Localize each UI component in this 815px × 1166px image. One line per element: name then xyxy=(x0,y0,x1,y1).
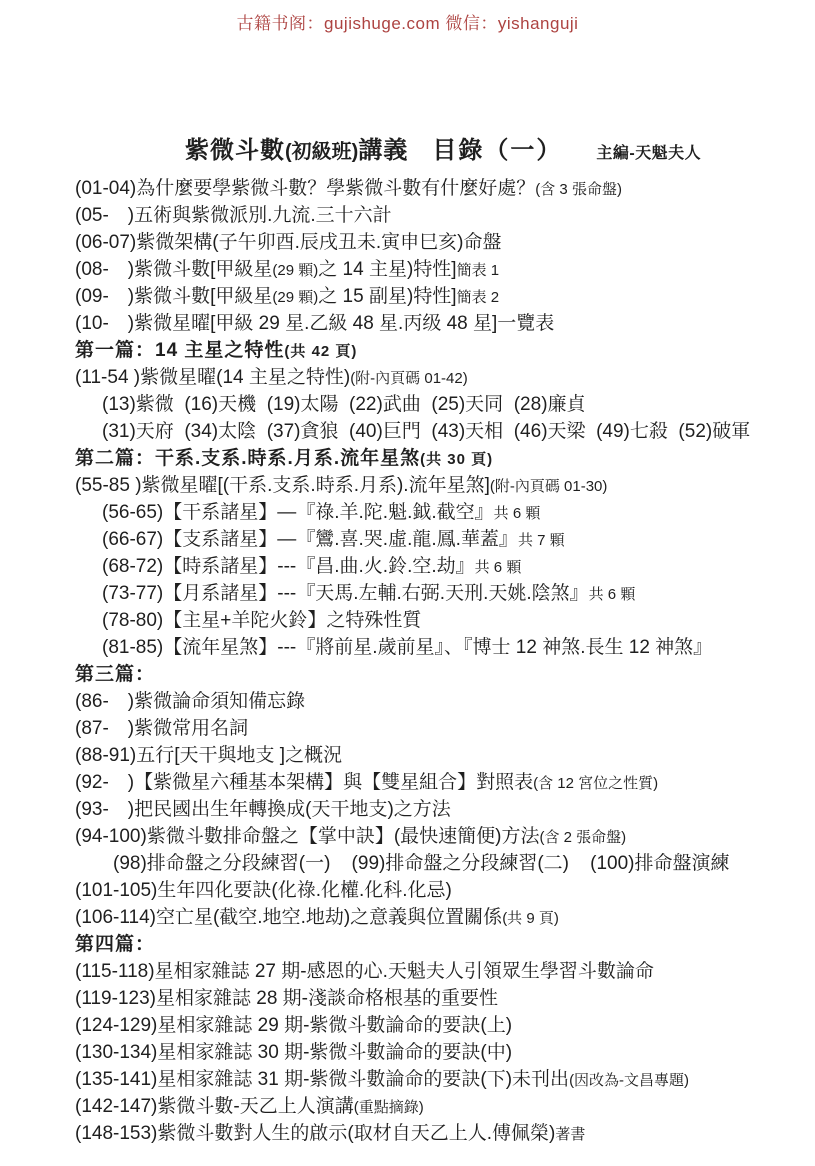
toc-text-segment: 第三篇： xyxy=(75,664,155,685)
toc-text-segment: 之 14 主星)特性] xyxy=(318,259,456,280)
toc-line: (13)紫微 (16)天機 (19)太陽 (22)武曲 (25)天同 (28)廉… xyxy=(75,391,807,418)
toc-text-segment: (92- )【紫微星六種基本架構】與【雙星組合】對照表 xyxy=(75,772,533,793)
toc-line: (09- )紫微斗數[甲級星(29 顆)之 15 副星)特性]簡表 2 xyxy=(75,283,807,310)
toc-text-segment: (09- )紫微斗數[甲級星 xyxy=(75,286,272,307)
toc-text-segment: (31)天府 (34)太陰 (37)貪狼 (40)巨門 (43)天相 (46)天… xyxy=(102,421,750,442)
toc-line: (92- )【紫微星六種基本架構】與【雙星組合】對照表(含 12 宮位之性質) xyxy=(75,769,807,796)
toc-text-segment: (附-內頁碼 01-42) xyxy=(350,370,468,387)
toc-line: (73-77)【月系諸星】---『天馬.左輔.右弼.天刑.天姚.陰煞』共 6 顆 xyxy=(75,580,807,607)
toc-line: (142-147)紫微斗數-天乙上人演講(重點摘錄) xyxy=(75,1093,807,1120)
toc-text-segment: (含 3 張命盤) xyxy=(535,181,622,198)
toc-section-heading: 第三篇： xyxy=(75,661,807,688)
toc-line: (01-04)為什麼要學紫微斗數？學紫微斗數有什麼好處？(含 3 張命盤) xyxy=(75,175,807,202)
toc-line: (78-80)【主星+羊陀火鈴】之特殊性質 xyxy=(75,607,807,634)
toc-text-segment: 之 15 副星)特性] xyxy=(318,286,456,307)
toc-section-heading: 第四篇： xyxy=(75,931,807,958)
toc-text-segment: (含 2 張命盤) xyxy=(539,829,626,846)
toc-text-segment: (68-72)【時系諸星】---『昌.曲.火.鈴.空.劫』 xyxy=(102,556,475,577)
toc-line: (05- )五術與紫微派別.九流.三十六計 xyxy=(75,202,807,229)
toc-line: (106-114)空亡星(截空.地空.地劫)之意義與位置關係(共 9 頁) xyxy=(75,904,807,931)
toc-text-segment: 共 7 顆 xyxy=(518,532,565,549)
toc-text-segment: (29 顆) xyxy=(272,289,318,306)
toc-text-segment: (因改為-文昌專題) xyxy=(569,1072,689,1089)
toc-text-segment: (88-91)五行[天干與地支 ]之概況 xyxy=(75,745,342,766)
toc-line: (10- )紫微星曜[甲級 29 星.乙級 48 星.丙级 48 星]一覽表 xyxy=(75,310,807,337)
toc-text-segment: (共 30 頁) xyxy=(420,451,493,468)
toc-text-segment: (148-153)紫微斗數對人生的啟示(取材自天乙上人.傅佩榮) xyxy=(75,1123,555,1144)
toc-line: (11-54 )紫微星曜(14 主星之特性)(附-內頁碼 01-42) xyxy=(75,364,807,391)
toc-text-segment: (共 9 頁) xyxy=(502,910,559,927)
toc-line: (66-67)【支系諸星】—『鸞.喜.哭.虛.龍.鳳.華蓋』共 7 顆 xyxy=(75,526,807,553)
toc-text-segment: (73-77)【月系諸星】---『天馬.左輔.右弼.天刑.天姚.陰煞』 xyxy=(102,583,589,604)
toc-text-segment: (87- )紫微常用名詞 xyxy=(75,718,248,739)
toc-text-segment: (29 顆) xyxy=(272,262,318,279)
toc-text-segment: (06-07)紫微架構(子午卯酉.辰戌丑未.寅申巳亥)命盤 xyxy=(75,232,501,253)
toc-text-segment: (01-04)為什麼要學紫微斗數？學紫微斗數有什麼好處？ xyxy=(75,178,535,199)
toc-text-segment: 簡表 2 xyxy=(457,289,500,306)
toc-text-segment: (135-141)星相家雜誌 31 期-紫微斗數論命的要訣(下)未刊出 xyxy=(75,1069,569,1090)
doc-title-suffix: 講義 xyxy=(358,130,408,165)
toc-text-segment: 共 6 顆 xyxy=(475,559,522,576)
toc-text-segment: (55-85 )紫微星曜[(干系.支系.時系.月系).流年星煞] xyxy=(75,475,490,496)
toc-text-segment: (115-118)星相家雜誌 27 期-感恩的心.天魁夫人引領眾生學習斗數論命 xyxy=(75,961,654,982)
toc-line: (68-72)【時系諸星】---『昌.曲.火.鈴.空.劫』共 6 顆 xyxy=(75,553,807,580)
toc-text-segment: (86- )紫微論命須知備忘錄 xyxy=(75,691,305,712)
toc-text-segment: 共 6 顆 xyxy=(494,505,541,522)
toc-text-segment: 簡表 1 xyxy=(457,262,500,279)
toc-text-segment: (142-147)紫微斗數-天乙上人演講 xyxy=(75,1096,354,1117)
toc-text-segment: (附-內頁碼 01-30) xyxy=(490,478,608,495)
toc-text-segment: (10- )紫微星曜[甲級 29 星.乙級 48 星.丙级 48 星]一覽表 xyxy=(75,313,554,334)
document-page: 古籍书阁：gujishuge.com 微信：yishanguji 紫微斗數 (初… xyxy=(0,0,815,1166)
toc-line: (119-123)星相家雜誌 28 期-淺談命格根基的重要性 xyxy=(75,985,807,1012)
toc-line: (130-134)星相家雜誌 30 期-紫微斗數論命的要訣(中) xyxy=(75,1039,807,1066)
toc-line: (06-07)紫微架構(子午卯酉.辰戌丑未.寅申巳亥)命盤 xyxy=(75,229,807,256)
toc-line: (148-153)紫微斗數對人生的啟示(取材自天乙上人.傅佩榮)著書 xyxy=(75,1120,807,1147)
toc-line: (124-129)星相家雜誌 29 期-紫微斗數論命的要訣(上) xyxy=(75,1012,807,1039)
toc-line: (101-105)生年四化要訣(化祿.化權.化科.化忌) xyxy=(75,877,807,904)
toc-line: (88-91)五行[天干與地支 ]之概況 xyxy=(75,742,807,769)
toc-text-segment: (124-129)星相家雜誌 29 期-紫微斗數論命的要訣(上) xyxy=(75,1015,512,1036)
toc-text-segment: (98)排命盤之分段練習(一) (99)排命盤之分段練習(二) (100)排命盤… xyxy=(113,853,729,874)
toc-text-segment: (56-65)【干系諸星】—『祿.羊.陀.魁.鉞.截空』 xyxy=(102,502,494,523)
toc-text-segment: (共 42 頁) xyxy=(284,343,357,360)
toc-text-segment: (05- )五術與紫微派別.九流.三十六計 xyxy=(75,205,392,226)
toc-line: (98)排命盤之分段練習(一) (99)排命盤之分段練習(二) (100)排命盤… xyxy=(75,850,807,877)
toc-section-heading: 第二篇：干系.支系.時系.月系.流年星煞(共 30 頁) xyxy=(75,445,807,472)
toc-section-heading: 第一篇：14 主星之特性(共 42 頁) xyxy=(75,337,807,364)
toc-line: (115-118)星相家雜誌 27 期-感恩的心.天魁夫人引領眾生學習斗數論命 xyxy=(75,958,807,985)
site-watermark-text: 古籍书阁：gujishuge.com 微信：yishanguji xyxy=(0,9,815,34)
toc-text-segment: (08- )紫微斗數[甲級星 xyxy=(75,259,272,280)
toc-text-segment: 第二篇：干系.支系.時系.月系.流年星煞 xyxy=(75,448,420,469)
doc-editor-credit: 主編-天魁夫人 xyxy=(596,140,701,163)
doc-title-main: 紫微斗數 xyxy=(185,130,285,165)
toc-text-segment: (含 12 宮位之性質) xyxy=(533,775,658,792)
toc-text-segment: 第一篇：14 主星之特性 xyxy=(75,340,284,361)
toc-text-segment: (106-114)空亡星(截空.地空.地劫)之意義與位置關係 xyxy=(75,907,502,928)
toc-text-segment: 著書 xyxy=(555,1126,585,1143)
document-title-row: 紫微斗數 (初級班) 講義 目錄（一） 主編-天魁夫人 xyxy=(185,130,701,165)
toc-text-segment: (119-123)星相家雜誌 28 期-淺談命格根基的重要性 xyxy=(75,988,498,1009)
doc-title-section: 目錄（一） xyxy=(432,130,562,165)
toc-line: (81-85)【流年星煞】---『將前星.歲前星』、『博士 12 神煞.長生 1… xyxy=(75,634,807,661)
doc-title-class-note: (初級班) xyxy=(285,135,358,164)
toc-text-segment: (101-105)生年四化要訣(化祿.化權.化科.化忌) xyxy=(75,880,452,901)
toc-line: (86- )紫微論命須知備忘錄 xyxy=(75,688,807,715)
toc-text-segment: (11-54 )紫微星曜(14 主星之特性) xyxy=(75,367,350,388)
toc-text-segment: (重點摘錄) xyxy=(354,1099,424,1116)
toc-line: (08- )紫微斗數[甲級星(29 顆)之 14 主星)特性]簡表 1 xyxy=(75,256,807,283)
toc-text-segment: (93- )把民國出生年轉換成(天干地支)之方法 xyxy=(75,799,451,820)
toc-line: (55-85 )紫微星曜[(干系.支系.時系.月系).流年星煞](附-內頁碼 0… xyxy=(75,472,807,499)
toc-line: (94-100)紫微斗數排命盤之【掌中訣】(最快速簡便)方法(含 2 張命盤) xyxy=(75,823,807,850)
toc-text-segment: (78-80)【主星+羊陀火鈴】之特殊性質 xyxy=(102,610,421,631)
toc-text-segment: (94-100)紫微斗數排命盤之【掌中訣】(最快速簡便)方法 xyxy=(75,826,539,847)
toc-line: (31)天府 (34)太陰 (37)貪狼 (40)巨門 (43)天相 (46)天… xyxy=(75,418,807,445)
toc-text-segment: (130-134)星相家雜誌 30 期-紫微斗數論命的要訣(中) xyxy=(75,1042,512,1063)
toc-line: (87- )紫微常用名詞 xyxy=(75,715,807,742)
toc-text-segment: 第四篇： xyxy=(75,934,155,955)
toc-text-segment: 共 6 顆 xyxy=(589,586,636,603)
toc-line: (56-65)【干系諸星】—『祿.羊.陀.魁.鉞.截空』共 6 顆 xyxy=(75,499,807,526)
toc-line: (135-141)星相家雜誌 31 期-紫微斗數論命的要訣(下)未刊出(因改為-… xyxy=(75,1066,807,1093)
toc-text-segment: (66-67)【支系諸星】—『鸞.喜.哭.虛.龍.鳳.華蓋』 xyxy=(102,529,518,550)
toc-line: (93- )把民國出生年轉換成(天干地支)之方法 xyxy=(75,796,807,823)
toc-text-segment: (13)紫微 (16)天機 (19)太陽 (22)武曲 (25)天同 (28)廉… xyxy=(102,394,586,415)
toc-list: (01-04)為什麼要學紫微斗數？學紫微斗數有什麼好處？(含 3 張命盤)(05… xyxy=(75,175,807,1147)
toc-text-segment: (81-85)【流年星煞】---『將前星.歲前星』、『博士 12 神煞.長生 1… xyxy=(102,637,712,658)
